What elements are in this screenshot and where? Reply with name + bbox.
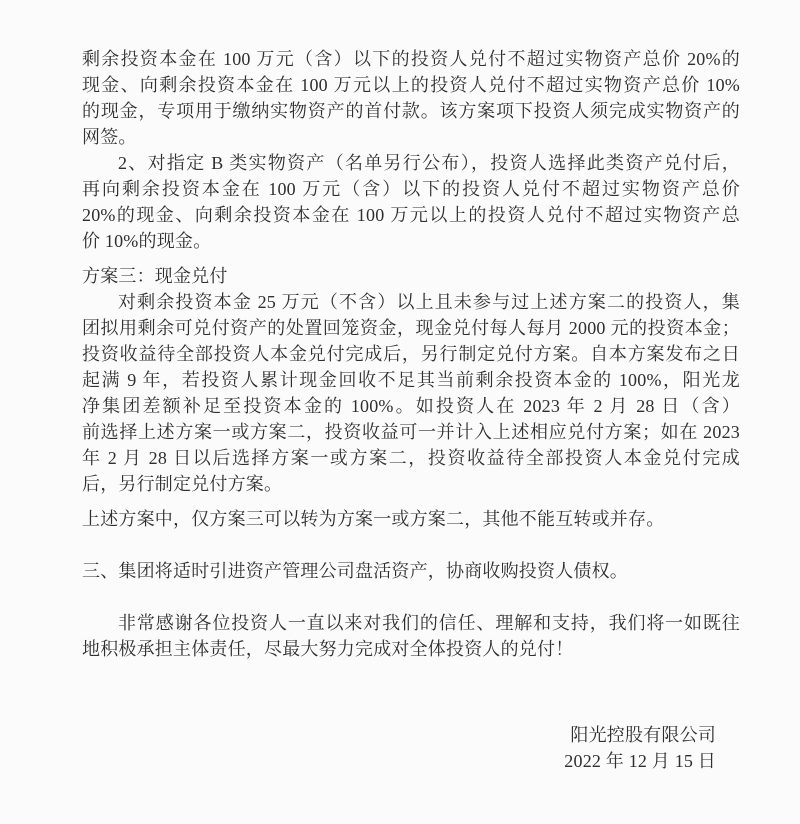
text-line: 价 10%的现金。	[82, 228, 740, 254]
text-line: 现金、向剩余投资本金在 100 万元以上的投资人兑付不超过实物资产总价 10%	[82, 72, 740, 98]
text-line: 的现金，专项用于缴纳实物资产的首付款。该方案项下投资人须完成实物资产的	[82, 98, 740, 124]
text-line: 投资收益待全部投资人本金兑付完成后，另行制定兑付方案。自本方案发布之日	[82, 341, 740, 367]
paragraph-section-three: 三、集团将适时引进资产管理公司盘活资产，协商收购投资人债权。	[82, 558, 740, 584]
paragraph-plan3-cash-redemption: 对剩余投资本金 25 万元（不含）以上且未参与过上述方案二的投资人，集 团拟用剩…	[82, 289, 740, 497]
text-line: 对剩余投资本金 25 万元（不含）以上且未参与过上述方案二的投资人，集	[82, 289, 740, 315]
text-line: 再向剩余投资本金在 100 万元（含）以下的投资人兑付不超过实物资产总价	[82, 176, 740, 202]
text-line: 团拟用剩余可兑付资产的处置回笼资金，现金兑付每人每月 2000 元的投资本金；	[82, 315, 740, 341]
text-line: 后，另行制定兑付方案。	[82, 471, 740, 497]
heading-line: 方案三：现金兑付	[82, 263, 740, 289]
text-line: 上述方案中，仅方案三可以转为方案一或方案二，其他不能互转或并存。	[82, 506, 740, 532]
signature-block: 阳光控股有限公司 2022 年 12 月 15 日	[82, 722, 740, 774]
text-line: 年 2 月 28 日以后选择方案一或方案二，投资收益待全部投资人本金兑付完成	[82, 445, 740, 471]
paragraph-plan2-item2: 2、对指定 B 类实物资产（名单另行公布），投资人选择此类资产兑付后， 再向剩余…	[82, 150, 740, 254]
text-line: 2、对指定 B 类实物资产（名单另行公布），投资人选择此类资产兑付后，	[82, 150, 740, 176]
text-line: 剩余投资本金在 100 万元（含）以下的投资人兑付不超过实物资产总价 20%的	[82, 46, 740, 72]
text-line: 非常感谢各位投资人一直以来对我们的信任、理解和支持，我们将一如既往	[82, 610, 740, 636]
text-line: 地积极承担主体责任，尽最大努力完成对全体投资人的兑付！	[82, 636, 740, 662]
paragraph-thanks: 非常感谢各位投资人一直以来对我们的信任、理解和支持，我们将一如既往 地积极承担主…	[82, 610, 740, 662]
signature-company: 阳光控股有限公司	[82, 722, 740, 748]
text-line: 前选择上述方案一或方案二，投资收益可一并计入上述相应兑付方案；如在 2023	[82, 419, 740, 445]
paragraph-plan2-cash-terms: 剩余投资本金在 100 万元（含）以下的投资人兑付不超过实物资产总价 20%的 …	[82, 46, 740, 150]
paragraph-plan-conversion-rule: 上述方案中，仅方案三可以转为方案一或方案二，其他不能互转或并存。	[82, 506, 740, 532]
text-line: 网签。	[82, 124, 740, 150]
signature-date: 2022 年 12 月 15 日	[82, 748, 740, 774]
text-line: 起满 9 年，若投资人累计现金回收不足其当前剩余投资本金的 100%，阳光龙	[82, 367, 740, 393]
text-line: 净集团差额补足至投资本金的 100%。如投资人在 2023 年 2 月 28 日…	[82, 393, 740, 419]
document-page: 剩余投资本金在 100 万元（含）以下的投资人兑付不超过实物资产总价 20%的 …	[0, 0, 740, 774]
plan3-heading: 方案三：现金兑付	[82, 263, 740, 289]
text-line: 20%的现金、向剩余投资本金在 100 万元以上的投资人兑付不超过实物资产总	[82, 202, 740, 228]
text-line: 三、集团将适时引进资产管理公司盘活资产，协商收购投资人债权。	[82, 558, 740, 584]
